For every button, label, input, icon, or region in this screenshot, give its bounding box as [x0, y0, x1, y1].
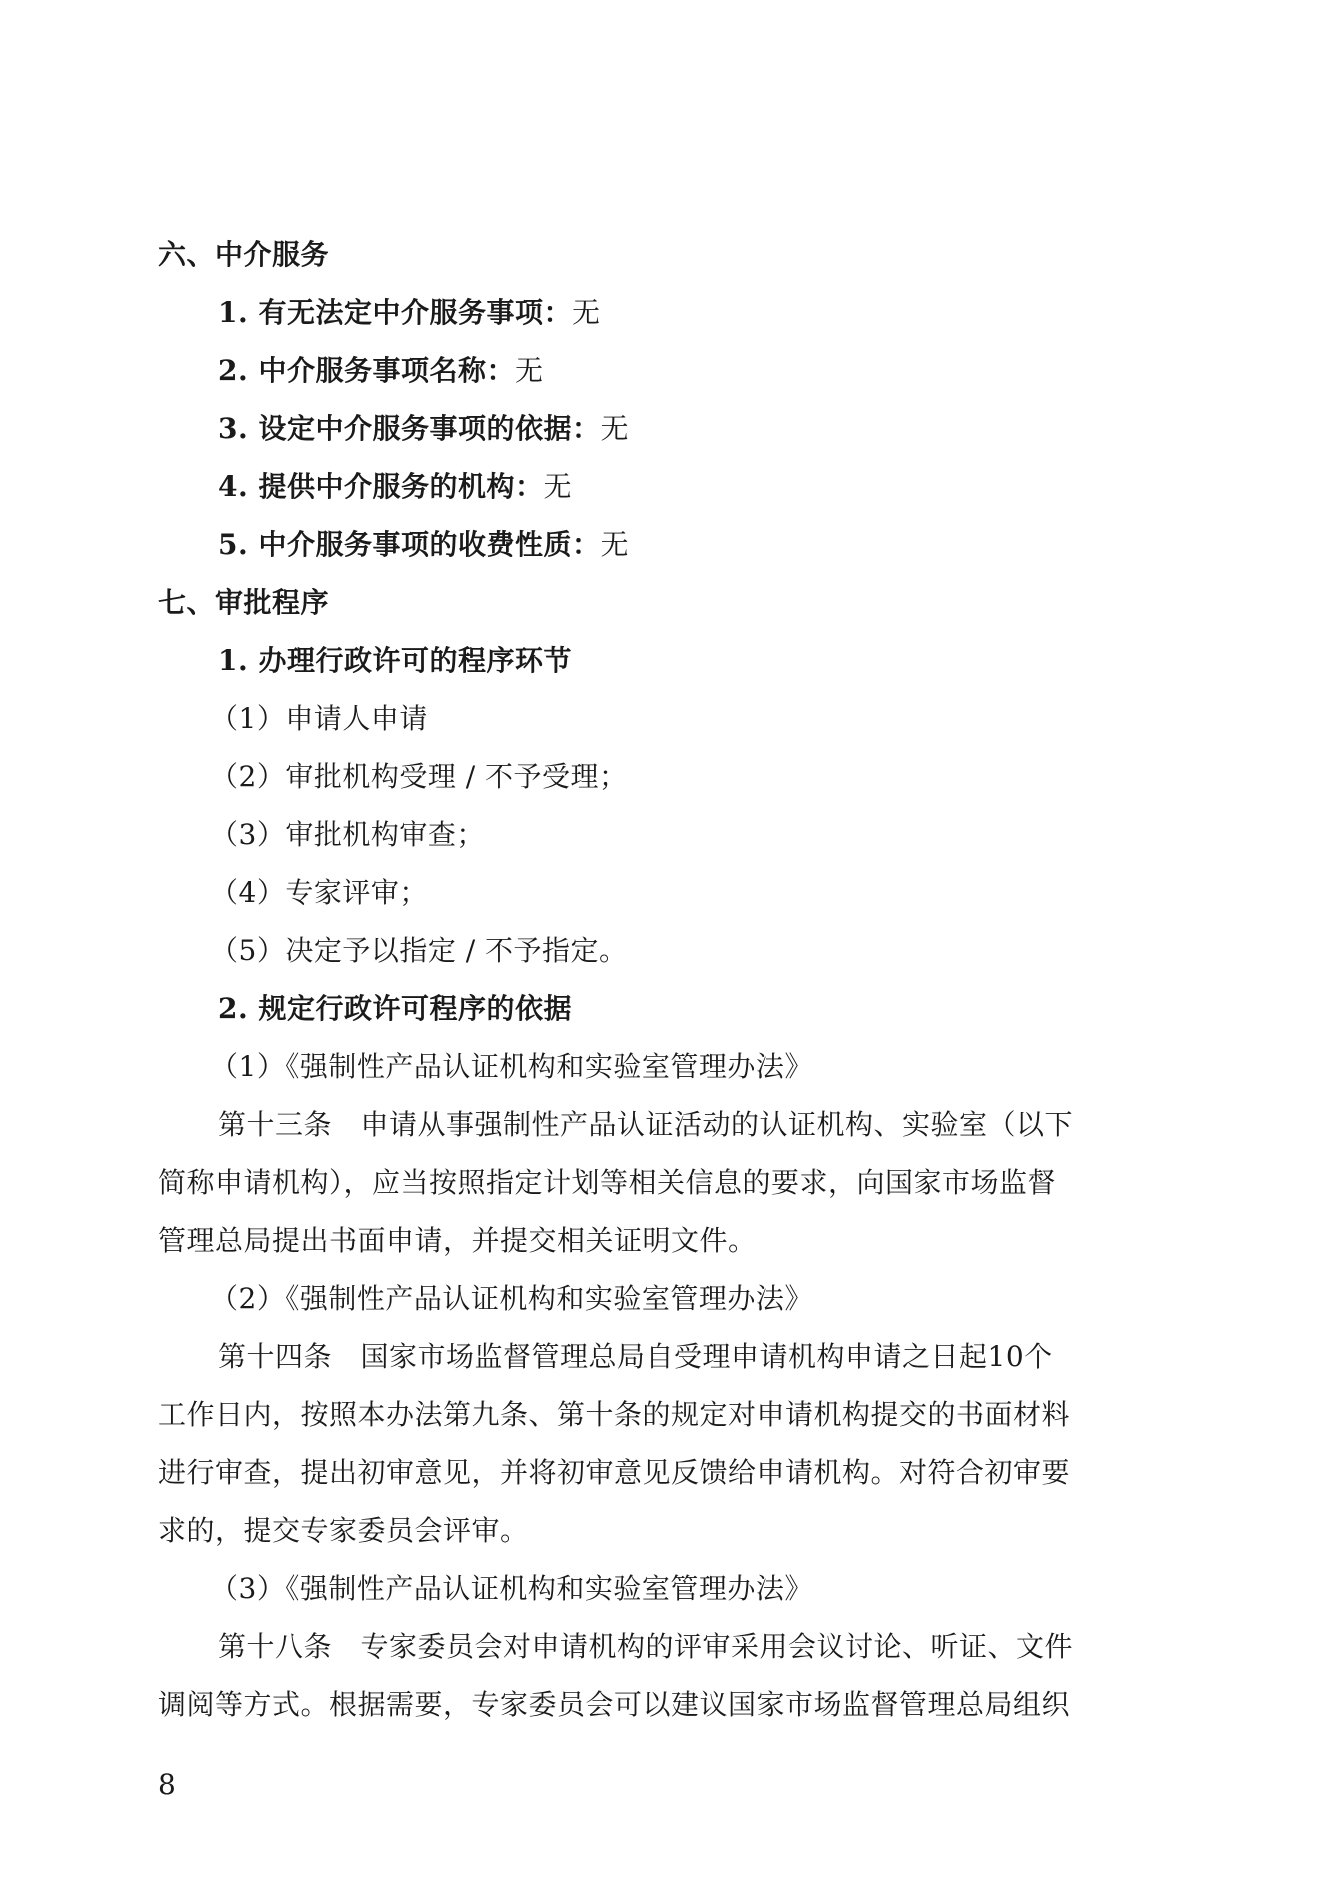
section-heading-intermediary-services: 六、中介服务: [158, 235, 329, 275]
procedure-step-5: （5）决定予以指定 / 不予指定。: [210, 931, 628, 971]
article-13-line-3: 管理总局提出书面申请，并提交相关证明文件。: [158, 1221, 757, 1261]
procedure-step-2: （2）审批机构受理 / 不予受理；: [210, 757, 628, 797]
article-13-line-1: 第十三条 申请从事强制性产品认证活动的认证机构、实验室（以下: [218, 1105, 1073, 1145]
item-value: 无: [600, 412, 629, 445]
article-14-line-4: 求的，提交专家委员会评审。: [158, 1511, 529, 1551]
article-14-line-2: 工作日内，按照本办法第九条、第十条的规定对申请机构提交的书面材料: [158, 1395, 1070, 1435]
item-label: 3. 设定中介服务事项的依据：: [218, 412, 600, 445]
intermediary-item-1: 1. 有无法定中介服务事项：无: [218, 293, 601, 333]
item-label: 5. 中介服务事项的收费性质：: [218, 528, 600, 561]
article-14-line-3: 进行审查，提出初审意见，并将初审意见反馈给申请机构。对符合初审要: [158, 1453, 1070, 1493]
article-14-line-1: 第十四条 国家市场监督管理总局自受理申请机构申请之日起10个: [218, 1337, 1053, 1377]
procedure-step-3: （3）审批机构审查；: [210, 815, 485, 855]
page-number: 8: [158, 1765, 176, 1805]
article-13-line-2: 简称申请机构），应当按照指定计划等相关信息的要求，向国家市场监督: [158, 1163, 1056, 1203]
procedure-step-1: （1）申请人申请: [210, 699, 428, 739]
intermediary-item-4: 4. 提供中介服务的机构：无: [218, 467, 572, 507]
item-label: 4. 提供中介服务的机构：: [218, 470, 543, 503]
subsection-title-procedure-basis: 2. 规定行政许可程序的依据: [218, 989, 572, 1029]
reference-source-2: （2）《强制性产品认证机构和实验室管理办法》: [210, 1279, 813, 1319]
item-value: 无: [543, 470, 572, 503]
subsection-title-procedure-steps: 1. 办理行政许可的程序环节: [218, 641, 572, 681]
reference-source-1: （1）《强制性产品认证机构和实验室管理办法》: [210, 1047, 813, 1087]
reference-source-3: （3）《强制性产品认证机构和实验室管理办法》: [210, 1569, 813, 1609]
intermediary-item-5: 5. 中介服务事项的收费性质：无: [218, 525, 629, 565]
article-18-line-1: 第十八条 专家委员会对申请机构的评审采用会议讨论、听证、文件: [218, 1627, 1073, 1667]
procedure-step-4: （4）专家评审；: [210, 873, 428, 913]
item-label: 1. 有无法定中介服务事项：: [218, 296, 572, 329]
item-label: 2. 中介服务事项名称：: [218, 354, 515, 387]
document-page: 六、中介服务 1. 有无法定中介服务事项：无 2. 中介服务事项名称：无 3. …: [0, 0, 1339, 1890]
item-value: 无: [515, 354, 544, 387]
item-value: 无: [600, 528, 629, 561]
item-value: 无: [572, 296, 601, 329]
section-heading-approval-procedure: 七、审批程序: [158, 583, 329, 623]
intermediary-item-3: 3. 设定中介服务事项的依据：无: [218, 409, 629, 449]
intermediary-item-2: 2. 中介服务事项名称：无: [218, 351, 544, 391]
article-18-line-2: 调阅等方式。根据需要，专家委员会可以建议国家市场监督管理总局组织: [158, 1685, 1070, 1725]
